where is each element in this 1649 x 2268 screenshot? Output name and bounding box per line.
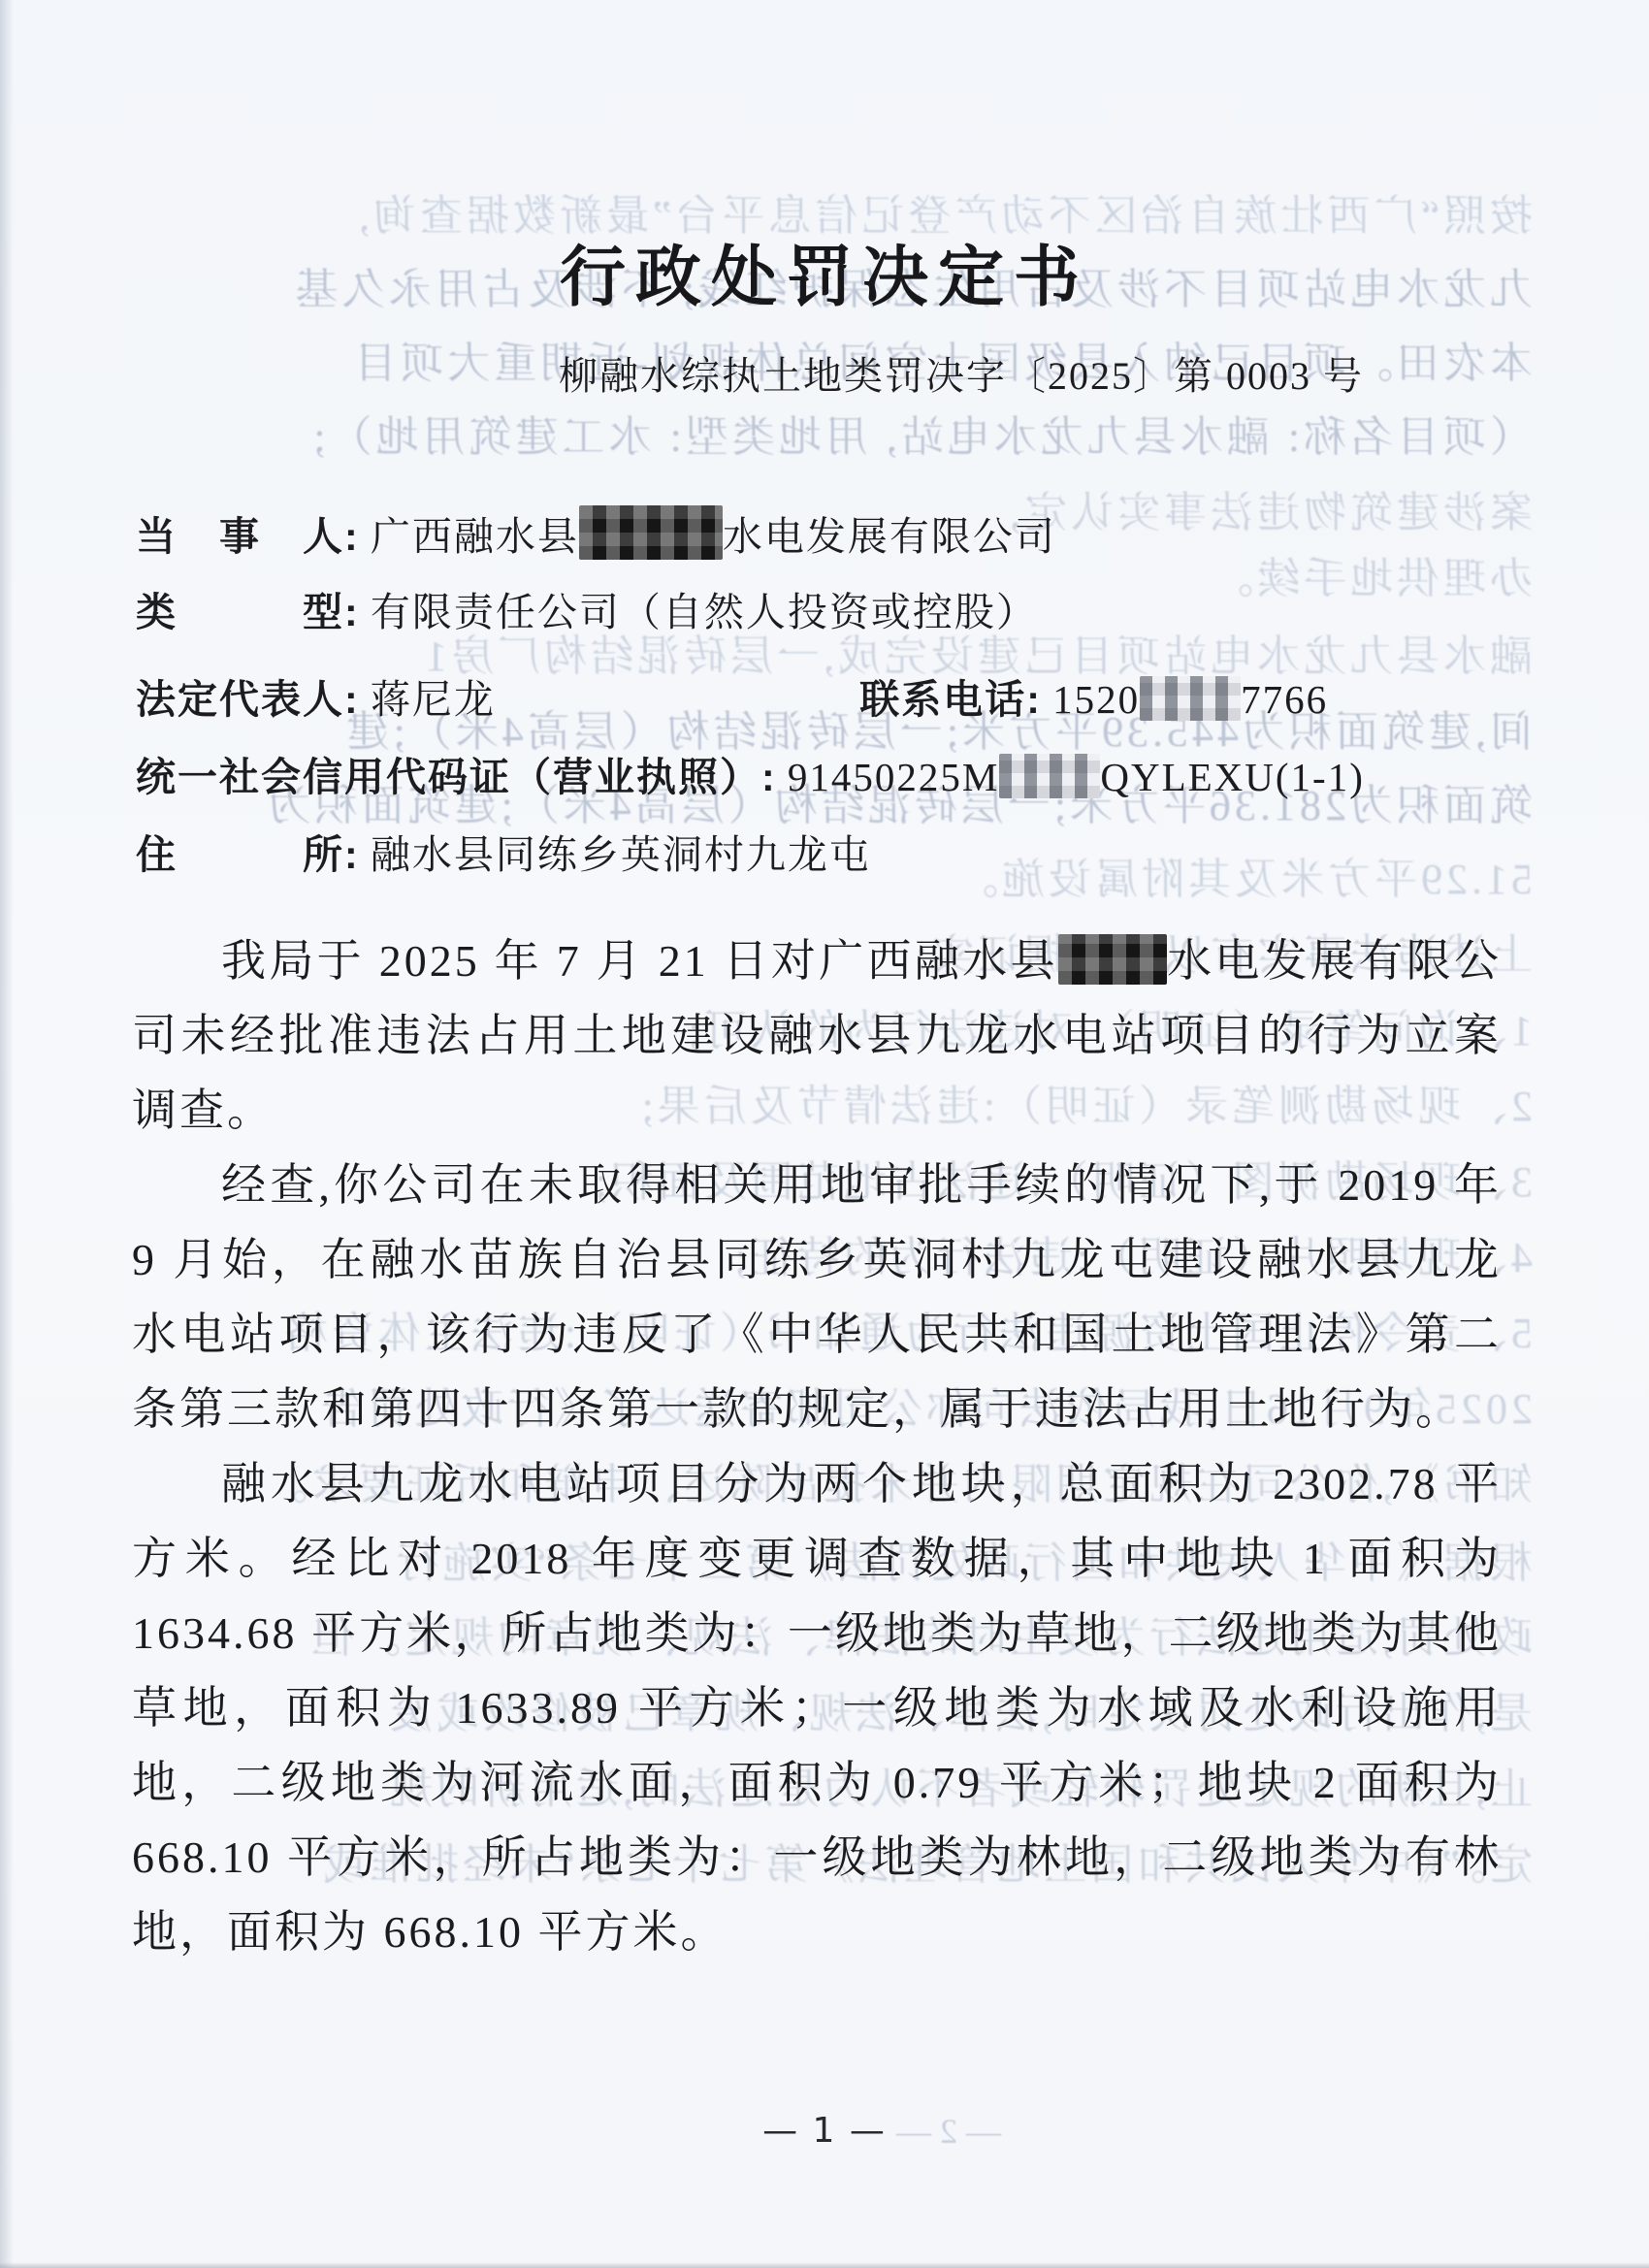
- document-title: 行政处罚决定书: [0, 225, 1649, 319]
- address-label: 住 所:: [136, 832, 360, 877]
- party-label: 当 事 人:: [136, 514, 360, 559]
- scan-edge-bottom: [0, 2262, 1649, 2268]
- type-label: 类 型:: [136, 590, 360, 634]
- redaction-block: [1058, 934, 1167, 985]
- paragraph-case-filing: 我局于 2025 年 7 月 21 日对广西融水县水电发展有限公司未经批准违法占…: [132, 923, 1502, 1148]
- paragraph-investigation: 经查,你公司在未取得相关用地审批手续的情况下,于 2019 年 9 月始，在融水…: [132, 1148, 1502, 1446]
- credit-code-prefix: 91450225M: [788, 755, 999, 799]
- scanned-document-page: 按照“广西壮族自治区不动产登记信息平台”最新数据查询, 九龙水电站项目不涉及占用…: [0, 0, 1649, 2268]
- credit-code-suffix: QYLEXU(1-1): [1100, 755, 1364, 799]
- p1-text-before: 我局于 2025 年 7 月 21 日对广西融水县: [221, 936, 1058, 986]
- address-value: 融水县同练乡英洞村九龙屯: [371, 832, 871, 877]
- redaction-block: [999, 754, 1100, 798]
- phone-value-suffix: 7766: [1241, 677, 1328, 722]
- credit-code-label: 统一社会信用代码证（营业执照）:: [136, 755, 777, 799]
- scan-edge-left: [0, 0, 14, 2268]
- redaction-block: [1140, 676, 1241, 721]
- redaction-block: [579, 505, 723, 560]
- paragraph-land-parcels: 融水县九龙水电站项目分为两个地块，总面积为 2302.78 平方米。经比对 20…: [132, 1446, 1502, 1969]
- legal-rep-label: 法定代表人:: [136, 677, 360, 722]
- document-number: 柳融水综执土地类罚决字〔2025〕第 0003 号: [559, 345, 1364, 401]
- field-row-party: 当 事 人: 广西融水县水电发展有限公司: [136, 504, 1523, 562]
- type-value: 有限责任公司（自然人投资或控股）: [371, 590, 1038, 634]
- field-row-legal-rep: 法定代表人: 蒋尼龙 联系电话: 15207766: [136, 667, 1523, 725]
- phone-value-prefix: 1520: [1052, 677, 1140, 722]
- field-row-type: 类 型: 有限责任公司（自然人投资或控股）: [136, 580, 1523, 637]
- bleedthrough-line: （项目名称: 融水县九龙水电站, 用地类型: 水工建筑用地）;: [121, 402, 1533, 464]
- field-row-credit-code: 统一社会信用代码证（营业执照）: 91450225MQYLEXU(1-1): [136, 745, 1523, 802]
- phone-label: 联系电话:: [859, 677, 1042, 722]
- field-row-address: 住 所: 融水县同练乡英洞村九龙屯: [136, 823, 1523, 880]
- party-value-suffix: 水电发展有限公司: [723, 514, 1056, 559]
- legal-rep-value: 蒋尼龙: [371, 677, 496, 722]
- party-value-prefix: 广西融水县: [371, 514, 579, 559]
- page-number: — 1 —: [58, 2111, 1591, 2151]
- document-body: 我局于 2025 年 7 月 21 日对广西融水县水电发展有限公司未经批准违法占…: [132, 923, 1502, 1969]
- legal-rep-group: 法定代表人: 蒋尼龙: [136, 667, 849, 725]
